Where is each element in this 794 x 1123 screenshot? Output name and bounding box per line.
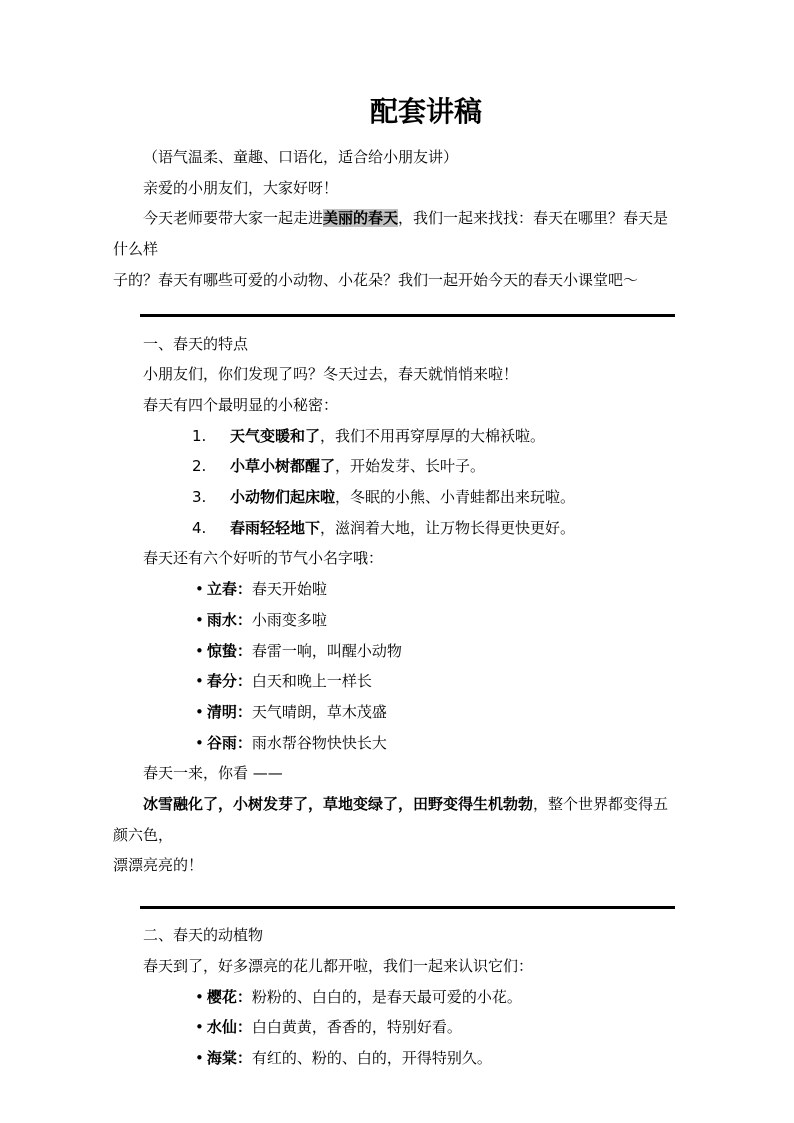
- flower-item-1: •樱花：粉粉的、白白的，是春天最可爱的小花。: [113, 982, 683, 1013]
- item-number: 4.: [192, 513, 230, 544]
- term-name: 水仙：: [207, 1018, 252, 1036]
- term-name: 春分：: [207, 672, 252, 690]
- section2-paragraph-1: 春天到了，好多漂亮的花儿都开啦，我们一起来认识它们：: [113, 951, 683, 982]
- flower-item-2: •水仙：白白黄黄，香香的，特别好看。: [113, 1012, 683, 1043]
- flowers-list: •樱花：粉粉的、白白的，是春天最可爱的小花。 •水仙：白白黄黄，香香的，特别好看…: [113, 982, 683, 1074]
- term-name: 谷雨：: [207, 734, 252, 752]
- term-desc: 白白黄黄，香香的，特别好看。: [252, 1018, 462, 1036]
- closing-bold-text: 冰雪融化了，小树发芽了，草地变绿了，田野变得生机勃勃: [143, 795, 533, 813]
- numbered-item-1: 1.天气变暖和了，我们不用再穿厚厚的大棉袄啦。: [113, 421, 683, 452]
- term-name: 清明：: [207, 703, 252, 721]
- term-desc: 小雨变多啦: [252, 611, 327, 629]
- term-name: 立春：: [207, 580, 252, 598]
- item-number: 1.: [192, 421, 230, 452]
- section1-paragraph-3: 春天还有六个好听的节气小名字哦：: [113, 543, 683, 574]
- solar-term-item-6: •谷雨：雨水帮谷物快快长大: [113, 728, 683, 759]
- solar-term-item-3: •惊蛰：春雷一响，叫醒小动物: [113, 636, 683, 667]
- term-desc: 有红的、粉的、白的，开得特别久。: [252, 1049, 492, 1067]
- section-divider-1: [140, 314, 675, 317]
- item-rest: ，滋润着大地，让万物长得更快更好。: [320, 519, 575, 537]
- bullet-icon: •: [195, 611, 204, 629]
- solar-terms-list: •立春：春天开始啦 •雨水：小雨变多啦 •惊蛰：春雷一响，叫醒小动物 •春分：白…: [113, 574, 683, 758]
- document-page: 配套讲稿 （语气温柔、童趣、口语化，适合给小朋友讲） 亲爱的小朋友们，大家好呀！…: [0, 0, 794, 1123]
- item-lead-bold: 天气变暖和了: [230, 427, 320, 445]
- item-lead-bold: 小动物们起床啦: [230, 488, 335, 506]
- item-rest: ，冬眠的小熊、小青蛙都出来玩啦。: [335, 488, 575, 506]
- term-desc: 春雷一响，叫醒小动物: [252, 642, 402, 660]
- numbered-item-2: 2.小草小树都醒了，开始发芽、长叶子。: [113, 451, 683, 482]
- numbered-list: 1.天气变暖和了，我们不用再穿厚厚的大棉袄啦。 2.小草小树都醒了，开始发芽、长…: [113, 421, 683, 544]
- term-desc: 雨水帮谷物快快长大: [252, 734, 387, 752]
- highlighted-phrase: 美丽的春天: [323, 209, 398, 227]
- term-name: 海棠：: [207, 1049, 252, 1067]
- bullet-icon: •: [195, 1018, 204, 1036]
- flower-item-3: •海棠：有红的、粉的、白的，开得特别久。: [113, 1043, 683, 1074]
- bullet-icon: •: [195, 988, 204, 1006]
- term-desc: 春天开始啦: [252, 580, 327, 598]
- bullet-icon: •: [195, 1049, 204, 1067]
- solar-term-item-4: •春分：白天和晚上一样长: [113, 666, 683, 697]
- section-divider-2: [140, 906, 675, 909]
- greeting-line: 亲爱的小朋友们，大家好呀！: [113, 173, 683, 204]
- bullet-icon: •: [195, 672, 204, 690]
- item-lead-bold: 春雨轻轻地下: [230, 519, 320, 537]
- subtitle-note: （语气温柔、童趣、口语化，适合给小朋友讲）: [113, 142, 683, 173]
- section2-heading: 二、春天的动植物: [113, 920, 683, 951]
- bullet-icon: •: [195, 703, 204, 721]
- term-desc: 天气晴朗，草木茂盛: [252, 703, 387, 721]
- intro-text-before: 今天老师要带大家一起走进: [143, 209, 323, 227]
- item-number: 2.: [192, 451, 230, 482]
- solar-term-item-5: •清明：天气晴朗，草木茂盛: [113, 697, 683, 728]
- closing-line2: 漂漂亮亮的！: [113, 856, 203, 874]
- intro-paragraph: 今天老师要带大家一起走进美丽的春天，我们一起来找找：春天在哪里？春天是什么样子的…: [113, 203, 683, 295]
- item-rest: ，我们不用再穿厚厚的大棉袄啦。: [320, 427, 545, 445]
- closing-paragraph: 冰雪融化了，小树发芽了，草地变绿了，田野变得生机勃勃，整个世界都变得五颜六色，漂…: [113, 789, 683, 881]
- bullet-icon: •: [195, 734, 204, 752]
- bullet-icon: •: [195, 642, 204, 660]
- term-name: 雨水：: [207, 611, 252, 629]
- numbered-item-3: 3.小动物们起床啦，冬眠的小熊、小青蛙都出来玩啦。: [113, 482, 683, 513]
- term-desc: 粉粉的、白白的，是春天最可爱的小花。: [252, 988, 522, 1006]
- section1-paragraph-4: 春天一来，你看 ——: [113, 758, 683, 789]
- term-desc: 白天和晚上一样长: [252, 672, 372, 690]
- section1-heading: 一、春天的特点: [113, 329, 683, 360]
- term-name: 惊蛰：: [207, 642, 252, 660]
- item-rest: ，开始发芽、长叶子。: [335, 457, 485, 475]
- item-number: 3.: [192, 482, 230, 513]
- numbered-item-4: 4.春雨轻轻地下，滋润着大地，让万物长得更快更好。: [113, 513, 683, 544]
- section1-paragraph-2: 春天有四个最明显的小秘密：: [113, 390, 683, 421]
- solar-term-item-2: •雨水：小雨变多啦: [113, 605, 683, 636]
- term-name: 樱花：: [207, 988, 252, 1006]
- item-lead-bold: 小草小树都醒了: [230, 457, 335, 475]
- solar-term-item-1: •立春：春天开始啦: [113, 574, 683, 605]
- document-title: 配套讲稿: [113, 95, 683, 128]
- section1-paragraph-1: 小朋友们，你们发现了吗？冬天过去，春天就悄悄来啦！: [113, 359, 683, 390]
- intro-text-line2: 子的？春天有哪些可爱的小动物、小花朵？我们一起开始今天的春天小课堂吧～: [113, 271, 638, 289]
- bullet-icon: •: [195, 580, 204, 598]
